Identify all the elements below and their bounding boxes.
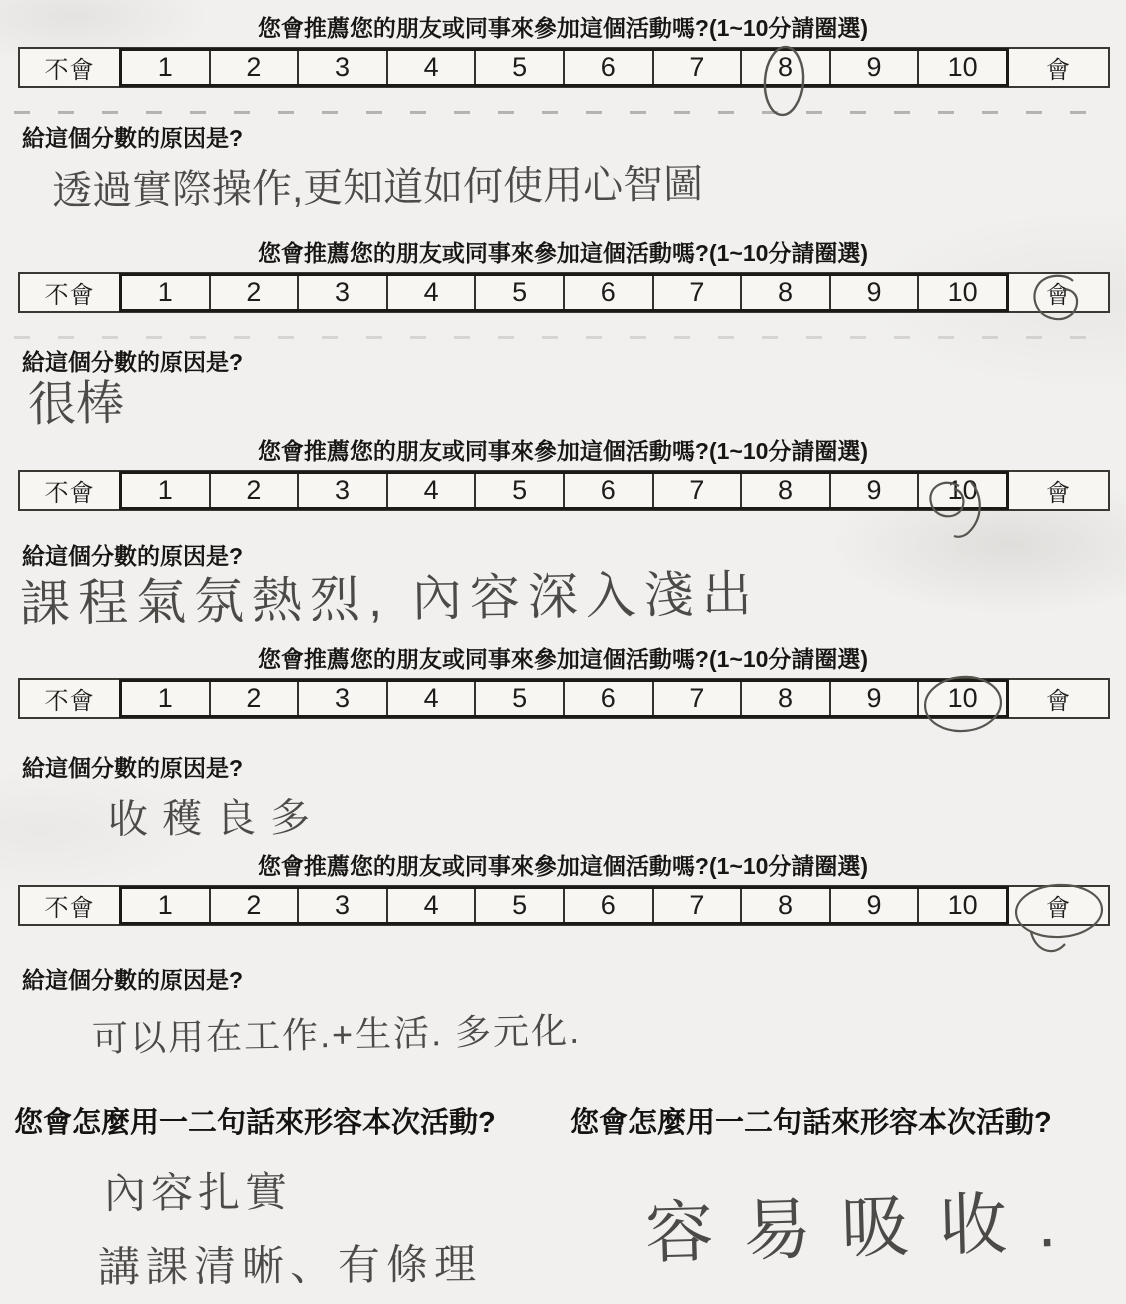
scale-number: 3 xyxy=(335,890,350,921)
scale-number-group: 1 2 3 4 5 6 7 8 9 10 xyxy=(119,273,1009,312)
scale-number-cell: 5 xyxy=(474,276,563,309)
scale-number-cell: 1 xyxy=(122,682,209,715)
scale-yes-label: 會 xyxy=(1046,275,1071,310)
scale-number-cell: 4 xyxy=(386,51,475,84)
scale-no-label: 不會 xyxy=(45,473,95,508)
scale-cell-no: 不會 xyxy=(20,274,119,311)
handwritten-reason: 透過實際操作,更知道如何使用心智圖 xyxy=(52,153,704,217)
scale-number-cell: 5 xyxy=(474,474,563,507)
scale-number: 2 xyxy=(246,52,261,83)
scale-number: 6 xyxy=(601,890,616,921)
scale-number-cell: 2 xyxy=(209,276,298,309)
scale-cell-no: 不會 xyxy=(20,49,119,86)
scale-number: 2 xyxy=(246,683,261,714)
scale-number-group: 1 2 3 4 5 6 7 8 9 10 xyxy=(119,48,1009,87)
scale-number: 3 xyxy=(335,683,350,714)
scale-number: 8 xyxy=(778,52,793,83)
survey-block: 您會推薦您的朋友或同事來參加這個活動嗎?(1~10分請圈選) 不會 1 2 3 … xyxy=(0,437,1126,465)
rating-scale-table: 不會 1 2 3 4 5 6 7 8 9 10 會 xyxy=(18,272,1110,313)
scale-number-cell: 6 xyxy=(563,682,652,715)
scale-number-cell: 7 xyxy=(652,682,741,715)
scale-number: 10 xyxy=(948,890,978,921)
scale-number-cell: 7 xyxy=(652,474,741,507)
scale-number-cell: 4 xyxy=(386,682,475,715)
handwritten-description-line: 容易吸收. xyxy=(644,1168,1087,1277)
recommend-question-title: 您會推薦您的朋友或同事來參加這個活動嗎?(1~10分請圈選) xyxy=(0,239,1126,267)
reason-question-label: 給這個分數的原因是? xyxy=(22,962,243,995)
scale-number: 4 xyxy=(424,475,439,506)
scale-number: 3 xyxy=(335,277,350,308)
scale-number: 7 xyxy=(689,683,704,714)
scale-cell-no: 不會 xyxy=(20,887,119,924)
scale-number: 1 xyxy=(158,52,173,83)
scale-number: 10 xyxy=(948,277,978,308)
scale-number-cell: 2 xyxy=(209,682,298,715)
scale-cell-no: 不會 xyxy=(20,680,119,717)
scale-number: 10 xyxy=(948,475,978,506)
scale-number-cell: 4 xyxy=(386,474,475,507)
scale-number-cell: 10 xyxy=(917,889,1006,922)
scale-number-group: 1 2 3 4 5 6 7 8 9 10 xyxy=(119,679,1009,718)
scale-number-cell: 4 xyxy=(386,889,475,922)
scale-number: 9 xyxy=(867,475,882,506)
scale-number: 1 xyxy=(158,683,173,714)
scale-number-cell: 7 xyxy=(652,889,741,922)
scale-number-cell: 3 xyxy=(297,474,386,507)
reason-question-label: 給這個分數的原因是? xyxy=(22,750,243,783)
survey-block: 您會推薦您的朋友或同事來參加這個活動嗎?(1~10分請圈選) 不會 1 2 3 … xyxy=(0,14,1126,42)
scan-artifact xyxy=(14,111,1112,114)
scale-number-cell: 5 xyxy=(474,889,563,922)
scale-number-cell: 10 xyxy=(917,276,1006,309)
scale-number: 9 xyxy=(867,890,882,921)
scale-number-group: 1 2 3 4 5 6 7 8 9 10 xyxy=(119,886,1009,925)
scanned-survey-page: 您會推薦您的朋友或同事來參加這個活動嗎?(1~10分請圈選) 不會 1 2 3 … xyxy=(0,0,1126,1304)
handwritten-description-line: 講課清晰、有條理 xyxy=(98,1231,483,1294)
scale-number: 1 xyxy=(158,890,173,921)
scale-number-cell: 2 xyxy=(209,474,298,507)
scale-number-cell: 6 xyxy=(563,276,652,309)
scale-number-cell-circled: 10 xyxy=(917,682,1006,715)
recommend-question-title: 您會推薦您的朋友或同事來參加這個活動嗎?(1~10分請圈選) xyxy=(0,852,1126,880)
recommend-question-title: 您會推薦您的朋友或同事來參加這個活動嗎?(1~10分請圈選) xyxy=(0,645,1126,673)
scale-number: 5 xyxy=(512,52,527,83)
scale-number: 5 xyxy=(512,890,527,921)
scale-cell-yes-circled: 會 xyxy=(1009,274,1108,311)
scale-number-cell: 10 xyxy=(917,51,1006,84)
scale-number: 8 xyxy=(778,475,793,506)
scale-number: 6 xyxy=(601,683,616,714)
scale-number: 3 xyxy=(335,52,350,83)
recommend-question-title: 您會推薦您的朋友或同事來參加這個活動嗎?(1~10分請圈選) xyxy=(0,14,1126,42)
scale-number-cell: 5 xyxy=(474,51,563,84)
rating-scale-table: 不會 1 2 3 4 5 6 7 8 9 10 會 xyxy=(18,678,1110,719)
handwritten-reason: 收穫良多 xyxy=(108,786,324,845)
scale-number: 4 xyxy=(424,277,439,308)
handwritten-reason: 課程氣氛熱烈, 內容深入淺出 xyxy=(20,554,761,636)
scale-no-label: 不會 xyxy=(45,888,95,923)
scale-number-cell: 2 xyxy=(209,889,298,922)
scale-number: 10 xyxy=(948,52,978,83)
scale-number: 3 xyxy=(335,475,350,506)
scale-number-cell: 9 xyxy=(829,276,918,309)
scale-number: 6 xyxy=(601,52,616,83)
scale-number-cell: 2 xyxy=(209,51,298,84)
scale-cell-yes: 會 xyxy=(1009,49,1108,86)
scale-number-cell: 4 xyxy=(386,276,475,309)
scale-number-cell: 9 xyxy=(829,889,918,922)
scale-number-cell: 1 xyxy=(122,889,209,922)
rating-scale-table: 不會 1 2 3 4 5 6 7 8 9 10 會 xyxy=(18,47,1110,88)
handwritten-reason: 可以用在工作.+生活. 多元化. xyxy=(92,1003,582,1063)
scale-number: 5 xyxy=(512,277,527,308)
scale-no-label: 不會 xyxy=(45,681,95,716)
scale-number: 6 xyxy=(601,277,616,308)
scale-yes-label: 會 xyxy=(1046,888,1071,923)
rating-scale-table: 不會 1 2 3 4 5 6 7 8 9 10 會 xyxy=(18,885,1110,926)
scale-yes-label: 會 xyxy=(1046,681,1071,716)
scale-number: 5 xyxy=(512,683,527,714)
survey-block: 您會推薦您的朋友或同事來參加這個活動嗎?(1~10分請圈選) 不會 1 2 3 … xyxy=(0,239,1126,267)
scale-number-cell: 6 xyxy=(563,474,652,507)
closing-question-right: 您會怎麼用一二句話來形容本次活動? xyxy=(570,1100,1052,1141)
handwritten-reason: 很棒 xyxy=(27,364,124,435)
scale-number: 2 xyxy=(246,890,261,921)
scale-number: 7 xyxy=(689,52,704,83)
scale-number: 4 xyxy=(424,890,439,921)
scale-number-cell: 1 xyxy=(122,474,209,507)
scale-number-cell: 3 xyxy=(297,51,386,84)
scale-number-cell: 3 xyxy=(297,682,386,715)
scale-no-label: 不會 xyxy=(45,275,95,310)
scan-artifact xyxy=(14,336,1112,339)
scale-number: 9 xyxy=(867,52,882,83)
scale-number-cell: 7 xyxy=(652,276,741,309)
scale-number-cell: 8 xyxy=(740,889,829,922)
scale-number: 8 xyxy=(778,890,793,921)
survey-block: 您會推薦您的朋友或同事來參加這個活動嗎?(1~10分請圈選) 不會 1 2 3 … xyxy=(0,645,1126,673)
scale-number-cell: 9 xyxy=(829,474,918,507)
scale-number-cell: 1 xyxy=(122,51,209,84)
recommend-question-title: 您會推薦您的朋友或同事來參加這個活動嗎?(1~10分請圈選) xyxy=(0,437,1126,465)
scale-number-cell: 5 xyxy=(474,682,563,715)
scale-number-cell: 8 xyxy=(740,682,829,715)
scale-number: 4 xyxy=(424,683,439,714)
closing-question-left: 您會怎麼用一二句話來形容本次活動? xyxy=(14,1100,496,1141)
scale-number-cell: 1 xyxy=(122,276,209,309)
scale-yes-label: 會 xyxy=(1046,50,1071,85)
scale-number: 2 xyxy=(246,475,261,506)
scale-yes-label: 會 xyxy=(1046,473,1071,508)
scale-number: 7 xyxy=(689,277,704,308)
scale-number-cell: 6 xyxy=(563,889,652,922)
scale-number: 9 xyxy=(867,277,882,308)
scale-number-cell: 9 xyxy=(829,682,918,715)
reason-question-label: 給這個分數的原因是? xyxy=(22,120,243,153)
scale-number: 7 xyxy=(689,890,704,921)
scale-cell-no: 不會 xyxy=(20,472,119,509)
scale-number-cell: 8 xyxy=(740,276,829,309)
scale-cell-yes: 會 xyxy=(1009,680,1108,717)
scale-number: 7 xyxy=(689,475,704,506)
scale-cell-yes: 會 xyxy=(1009,472,1108,509)
scale-number-cell: 9 xyxy=(829,51,918,84)
scale-number: 9 xyxy=(867,683,882,714)
scale-number: 4 xyxy=(424,52,439,83)
scale-number-cell: 7 xyxy=(652,51,741,84)
scale-cell-yes-circled: 會 xyxy=(1009,887,1108,924)
closing-section: 您會怎麼用一二句話來形容本次活動? 您會怎麼用一二句話來形容本次活動? 內容扎實… xyxy=(0,1100,1126,1304)
scale-number: 8 xyxy=(778,683,793,714)
scale-number: 8 xyxy=(778,277,793,308)
scale-number: 2 xyxy=(246,277,261,308)
scale-number-cell-circled: 8 xyxy=(740,51,829,84)
scale-number: 5 xyxy=(512,475,527,506)
handwritten-description-line: 內容扎實 xyxy=(104,1159,293,1221)
scale-number-cell: 3 xyxy=(297,276,386,309)
survey-block: 您會推薦您的朋友或同事來參加這個活動嗎?(1~10分請圈選) 不會 1 2 3 … xyxy=(0,852,1126,880)
scale-number-cell: 8 xyxy=(740,474,829,507)
scale-no-label: 不會 xyxy=(45,50,95,85)
rating-scale-table: 不會 1 2 3 4 5 6 7 8 9 10 會 xyxy=(18,470,1110,511)
scale-number: 10 xyxy=(948,683,978,714)
scale-number: 6 xyxy=(601,475,616,506)
scale-number: 1 xyxy=(158,277,173,308)
scale-number: 1 xyxy=(158,475,173,506)
scale-number-cell: 3 xyxy=(297,889,386,922)
scale-number-cell-circled: 10 xyxy=(917,474,1006,507)
scale-number-cell: 6 xyxy=(563,51,652,84)
scale-number-group: 1 2 3 4 5 6 7 8 9 10 xyxy=(119,471,1009,510)
